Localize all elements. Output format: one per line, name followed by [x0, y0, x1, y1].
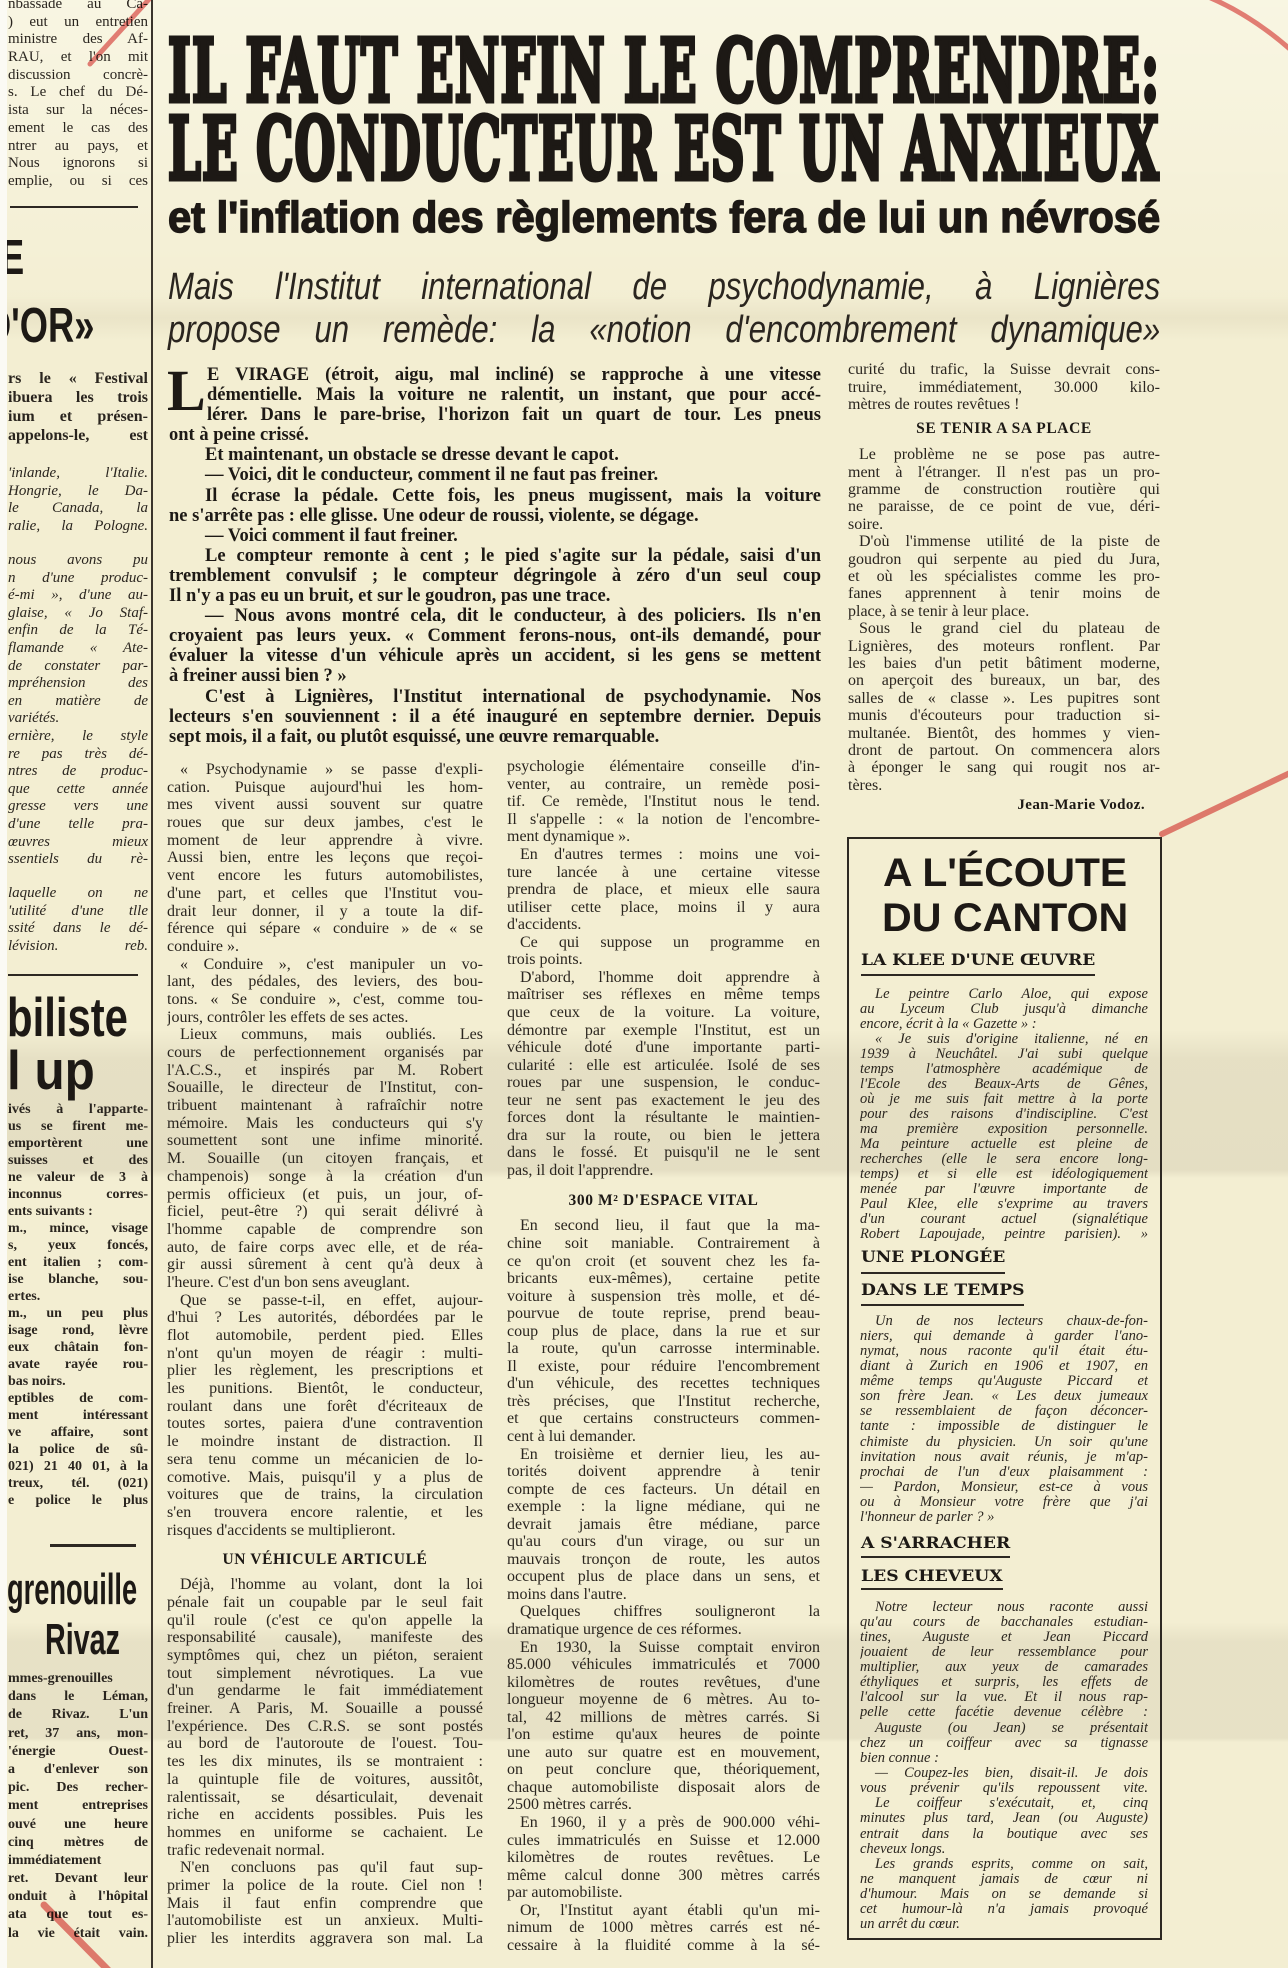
text-line: us se firent me- — [8, 1118, 148, 1135]
text-line: Ce qui suppose un programme en — [507, 934, 820, 952]
text-line: moins dans l'autre. — [507, 1586, 820, 1604]
text-line: emportèrent une — [8, 1135, 148, 1152]
text-line: forces dont la résultante le maintien- — [507, 1109, 820, 1127]
text-line: d'un courant actuel (signalétique — [860, 1212, 1148, 1227]
text-line: s, yeux foncés, — [8, 1237, 148, 1254]
text-line: ibuera les trois — [8, 388, 148, 407]
text-line: ent italien ; com- — [8, 1254, 148, 1271]
text-line: munis d'écouteurs pour traduction si- — [848, 707, 1160, 724]
text-line: En second lieu, il faut que la ma- — [507, 1217, 820, 1235]
text-line: n'ont qu'un moyen de réagir : multi- — [167, 1345, 483, 1363]
text-line: cules immatriculés en Suisse et 12.000 — [507, 1832, 820, 1850]
festival-countries-fragment: 'inlande, l'Italie.Hongrie, le Da-le Can… — [8, 465, 148, 535]
text-line: cheveux longs. — [860, 1842, 1148, 1857]
text-line: Souaille, le directeur de l'Institut, co… — [167, 1079, 483, 1097]
section-heading: 300 M² D'ESPACE VITAL — [507, 1179, 820, 1217]
text-line: ve affaire, sont — [8, 1424, 148, 1441]
text-line: En d'autres termes : moins une voi- — [507, 846, 820, 864]
text-line: drait leur donner, il y a toute la dif- — [167, 903, 483, 921]
text-line: cours de perfectionnement organisés par — [167, 1044, 483, 1062]
text-line: Il existe, pour réduire l'encombrement — [507, 1358, 820, 1376]
text-line: re pas très dé- — [8, 746, 148, 764]
red-pencil-stroke — [1206, 0, 1288, 50]
festival-lead-fragment: rs le « Festivalibuera les troisium et p… — [8, 369, 148, 445]
body-column-right: curité du trafic, la Suisse devrait cons… — [848, 361, 1160, 816]
red-pencil-stroke — [1162, 772, 1288, 834]
text-line: véhicule doté d'une importante parti- — [507, 1039, 820, 1057]
text-line: de Rivaz. L'un — [8, 1706, 148, 1724]
text-line: minutes plus tard, Jean (ou Auguste) — [860, 1811, 1148, 1826]
text-line: hommes en uniforme se cachaient. Le — [167, 1824, 483, 1842]
text-line: Sous le grand ciel du plateau de — [848, 620, 1160, 637]
text-line: inconnus corres- — [8, 1186, 148, 1203]
text-line: multanée. Bientôt, des hommes y vien- — [848, 725, 1160, 742]
text-line: nimum de 1000 mètres carrés est né- — [507, 1919, 820, 1937]
text-line: sept mois, il a fait, ou plutôt esquissé… — [169, 727, 821, 747]
text-line: à éponger le sang qui rougit nos ar- — [848, 759, 1160, 776]
newspaper-page: nbassade au Ca-) eut un entretienministr… — [0, 0, 1288, 1968]
text-line: l'honneur de parler ? » — [860, 1510, 1148, 1525]
text-line: auto, de faire corps avec elle, et de ré… — [167, 1239, 483, 1257]
text-line: freiner. A Paris, M. Souaille a poussé — [167, 1700, 483, 1718]
text-line: — Voici comment il faut freiner. — [169, 526, 821, 546]
text-line: curité du trafic, la Suisse devrait cons… — [848, 361, 1160, 378]
text-line: la vie était vain. — [8, 1925, 148, 1943]
text-line: jouaient de leur ressemblance pour — [860, 1645, 1148, 1660]
text-line: glaise, « Jo Staf- — [8, 605, 148, 623]
text-line: ernière, le style — [8, 728, 148, 746]
text-line: pénale fait un coupable par le seul fait — [167, 1594, 483, 1612]
text-line: que cette année — [8, 781, 148, 799]
text-line: d'une part, et celles que l'Institut vou… — [167, 885, 483, 903]
text-line: très précises, que l'Institut recherche, — [507, 1393, 820, 1411]
text-line: 85.000 véhicules immatriculés et 7000 — [507, 1656, 820, 1674]
text-line: gresse vers une — [8, 798, 148, 816]
text-line: 'utilité d'une tlle — [8, 903, 148, 921]
sidebar-section-heading: UNE PLONGÉE — [861, 1249, 1005, 1274]
text-line: gramme de construction routière qui — [848, 481, 1160, 498]
drowning-headline-fragment-1: grenouille — [7, 1568, 137, 1612]
text-line: En troisième et dernier lieu, les au- — [507, 1446, 820, 1464]
text-line: soire. — [848, 516, 1160, 533]
text-line: mémoire. Mais les conducteurs qui s'y — [167, 1115, 483, 1133]
text-line: mes vivent aussi souvent sur quatre — [167, 796, 483, 814]
text-line: ) eut un entretien — [8, 14, 148, 32]
text-line: multiplier, aux yeux de camarades — [860, 1660, 1148, 1675]
text-line: Auguste (ou Jean) se présentait — [860, 1721, 1148, 1736]
text-line: au bord de l'autoroute de l'ouest. Tou- — [167, 1735, 483, 1753]
sidebar-section-heading: A S'ARRACHER — [861, 1535, 1010, 1558]
text-line: suisses et des — [8, 1152, 148, 1169]
text-line: immédiatement — [8, 1852, 148, 1870]
text-line: temps) et si elle est idéologiquement — [860, 1167, 1148, 1182]
text-line: l'automobiliste est un anxieux. Multi- — [167, 1912, 483, 1930]
text-line: d'une telle pra- — [8, 816, 148, 834]
text-line: Mais il faut enfin comprendre que — [167, 1895, 483, 1913]
sidebar-section-text: Un de nos lecteurs chaux-de-fon-niers, q… — [860, 1314, 1148, 1526]
text-line: un arrêt du cœur. — [860, 1917, 1148, 1932]
text-line: cation. Puisque aujourd'hui les hom- — [167, 779, 483, 797]
text-line: Les grands esprits, comme on sait, — [860, 1857, 1148, 1872]
text-line: discussion concrè- — [8, 67, 148, 85]
text-line: le moindre instant de distraction. Il — [167, 1433, 483, 1451]
text-line: tères. — [848, 777, 1160, 794]
text-line: entrait dans la boutique avec ses — [860, 1827, 1148, 1842]
text-line: se ressemblaient de façon déconcer- — [860, 1404, 1148, 1419]
text-line: vous prévenir qu'ils repoussent vite. — [860, 1781, 1148, 1796]
text-line: Nous ignorons si — [8, 155, 148, 173]
text-line: ouvé une heure — [8, 1816, 148, 1834]
text-line: chimiste du physicien. Un soir qu'une — [860, 1435, 1148, 1450]
text-line: ment dynamique ». — [507, 828, 820, 846]
text-line: encore, écrit à la « Gazette » : — [860, 1017, 1148, 1032]
text-line: Un de nos lecteurs chaux-de-fon- — [860, 1314, 1148, 1329]
text-line: Le compteur remonte à cent ; le pied s'a… — [169, 546, 821, 566]
text-line: même calcul donne 300 mètres carrés — [507, 1867, 820, 1885]
text-line: au Lyceum Club jusqu'à dimanche — [860, 1002, 1148, 1017]
text-line: emplie, ou si ces — [8, 173, 148, 191]
text-line: et où les spécialistes comme les pro- — [848, 568, 1160, 585]
text-line: vent encore les futurs automobilistes, — [167, 867, 483, 885]
text-line: démontre par exemple l'Institut, est un — [507, 1022, 820, 1040]
text-line: coup plus de place, dans la rue et sur — [507, 1323, 820, 1341]
text-line: l'homme capable de comprendre son — [167, 1221, 483, 1239]
text-line: laquelle on ne — [8, 885, 148, 903]
text-line: flamande « Ate- — [8, 640, 148, 658]
text-line: ret. Devant leur — [8, 1870, 148, 1888]
text-line: 'inlande, l'Italie. — [8, 465, 148, 483]
text-line: l'alcool sur la vue. Et il nous rap- — [860, 1690, 1148, 1705]
text-line: kilomètres de routes revêtues. Le — [507, 1849, 820, 1867]
text-line: maîtriser ses réflexes en même temps — [507, 986, 820, 1004]
crime-body-fragment: ivés à l'apparte-us se firent me-emportè… — [8, 1101, 148, 1509]
text-line: invitation nous avait réunis, je m'ap- — [860, 1450, 1148, 1465]
text-line: comotive. Mais, puisqu'il y a plus de — [167, 1469, 483, 1487]
lead-paragraph: E VIRAGE (étroit, aigu, mal incliné) se … — [169, 365, 821, 747]
text-line: croyaient pas leurs yeux. « Comment fero… — [169, 626, 821, 646]
text-line: n d'une produc- — [8, 570, 148, 588]
text-line: Or, l'Institut ayant établi qu'un mi- — [507, 1902, 820, 1920]
text-line: ce qu'on croit (et souvent chez les fa- — [507, 1253, 820, 1271]
text-line: diant à Zurich en 1906 et 1907, en — [860, 1359, 1148, 1374]
text-line: RAU, et l'on mit — [8, 49, 148, 67]
text-line: sera tenu comme un mécanicien de lo- — [167, 1451, 483, 1469]
festival-headline-fragment-2: D'OR» — [0, 302, 94, 351]
text-line: mauvais tronçon de route, les autos — [507, 1551, 820, 1569]
text-line: ministre des Af- — [8, 31, 148, 49]
body-column-b: psychologie élémentaire conseille d'in-v… — [507, 758, 820, 1954]
text-line: rs le « Festival — [8, 369, 148, 388]
text-line: éthyliques et surpris, les effets de — [860, 1675, 1148, 1690]
text-line: nbassade au Ca- — [8, 0, 148, 14]
sidebar-section-heading: DANS LE TEMPS — [861, 1282, 1024, 1306]
text-line: « Conduire », c'est manipuler un vo- — [167, 956, 483, 974]
byline-signature: Jean-Marie Vodoz. — [848, 794, 1160, 816]
text-line: par automobiliste. — [507, 1884, 820, 1902]
text-line: l'on estime qu'aux heures de pointe — [507, 1726, 820, 1744]
text-line: son frère Jean. « Les deux jumeaux — [860, 1389, 1148, 1404]
text-line: Que se passe-t-il, en effet, aujour- — [167, 1292, 483, 1310]
text-line: à freiner aussi bien ? » — [169, 666, 821, 686]
text-line: primer la police de la route. Ciel non ! — [167, 1877, 483, 1895]
text-line: torités doivent apprendre à tenir — [507, 1463, 820, 1481]
text-line: moment de leur apprendre à vivre. — [167, 832, 483, 850]
text-line: soumettent sont une infime minorité. — [167, 1132, 483, 1150]
text-line: champenois) songe à la création d'un — [167, 1168, 483, 1186]
text-line: riche en accidents possibles. Puis les — [167, 1806, 483, 1824]
sidebar-section-heading: LA KLEE D'UNE ŒUVRE — [861, 952, 1095, 976]
text-line: treux, tél. (021) — [8, 1475, 148, 1492]
text-line: ou à Monsieur votre frère que j'ai — [860, 1495, 1148, 1510]
scan-edge-strip — [0, 0, 7, 1968]
text-line: tout simplement névrotiques. La vue — [167, 1665, 483, 1683]
text-line: on peut conclure que, théoriquement, — [507, 1761, 820, 1779]
text-line: Aussi bien, entre les leçons que reçoi- — [167, 849, 483, 867]
text-line: place, à se tenir à leur place. — [848, 603, 1160, 620]
text-line: ne paraisse, de ce point de vue, déri- — [848, 498, 1160, 515]
text-line: et que certains constructeurs commen- — [507, 1410, 820, 1428]
text-line: risques d'accidents se multiplieront. — [167, 1522, 483, 1540]
text-line: tante : impossible de distinguer le — [860, 1419, 1148, 1434]
text-line: l'heure. C'est d'un bon sens aveuglant. — [167, 1274, 483, 1292]
text-line: ment intéressant — [8, 1407, 148, 1424]
text-line: ment entreprises — [8, 1797, 148, 1815]
text-line: prochai de l'un d'eux plaisamment : — [860, 1465, 1148, 1480]
text-line: roulant dans une forêt d'écriteaux de — [167, 1398, 483, 1416]
sidebar-section-text: Le peintre Carlo Aloe, qui exposeau Lyce… — [860, 987, 1148, 1242]
text-line: a d'enlever son — [8, 1761, 148, 1779]
text-line: d'accidents. — [507, 916, 820, 934]
text-line: s'en trouvera encore ralentie, et les — [167, 1504, 483, 1522]
text-line: ise blanche, sou- — [8, 1271, 148, 1288]
text-line: le Canada, la — [8, 500, 148, 518]
text-line: l'A.C.S., et inspirés par M. Robert — [167, 1062, 483, 1080]
text-line: ne manquent jamais de cœur ni — [860, 1872, 1148, 1887]
text-line: e police le plus — [8, 1492, 148, 1509]
text-line: démentielle. Mais la voiture ne ralentit… — [169, 385, 821, 405]
text-line: m., un peu plus — [8, 1305, 148, 1322]
text-line: Le peintre Carlo Aloe, qui expose — [860, 987, 1148, 1002]
text-line: dans le Léman, — [8, 1688, 148, 1706]
text-line: Lieux communs, mais oubliés. Les — [167, 1026, 483, 1044]
drowning-headline-fragment-2: Rivaz — [45, 1618, 120, 1662]
column-divider — [151, 0, 153, 1968]
text-line: E VIRAGE (étroit, aigu, mal incliné) se … — [169, 365, 821, 385]
text-line: N'en concluons pas qu'il faut sup- — [167, 1859, 483, 1877]
text-line: D'où l'immense utilité de la piste de — [848, 533, 1160, 550]
text-line: même temps qu'Auguste Piccard et — [860, 1374, 1148, 1389]
text-line: prendra de place, et mieux elle saura — [507, 881, 820, 899]
text-line: lant, des pédales, des leviers, des bou- — [167, 973, 483, 991]
text-line: férence qui sépare « conduire » de « se — [167, 920, 483, 938]
text-line: devrait jamais être médiane, parce — [507, 1516, 820, 1534]
text-line: nous avons pu — [8, 552, 148, 570]
text-line: ivés à l'apparte- — [8, 1101, 148, 1118]
text-line: en matière de — [8, 693, 148, 711]
text-line: roues par une suspension, le conduc- — [507, 1074, 820, 1092]
text-line: Lignières, des moteurs ronflent. Par — [848, 638, 1160, 655]
text-line: ssité dans le dé- — [8, 920, 148, 938]
text-line: plier les règlement, les prescriptions e… — [167, 1362, 483, 1380]
text-line: temps l'atmosphère académique de — [860, 1062, 1148, 1077]
text-line: 'énergie Ouest- — [8, 1743, 148, 1761]
text-line: que ceux de la voiture. La voiture, — [507, 1004, 820, 1022]
text-line: En 1960, il y a près de 900.000 véhi- — [507, 1814, 820, 1832]
text-line: ium et présen- — [8, 407, 148, 426]
text-line: symptômes qui, chez un piéton, seraient — [167, 1647, 483, 1665]
text-line: pas, il doit l'apprendre. — [507, 1162, 820, 1180]
text-line: eptibles de com- — [8, 1390, 148, 1407]
text-line: jours, contrôler les effets de ses actes… — [167, 1009, 483, 1027]
text-line: la route, qu'un carrosse interminable. — [507, 1340, 820, 1358]
text-line: recherches (elle le sera encore long- — [860, 1152, 1148, 1167]
text-line: é-mi », d'une au- — [8, 587, 148, 605]
text-line: ment à l'étranger. Il n'est pas un pro- — [848, 464, 1160, 481]
festival-body-fragment: nous avons pun d'une produc-é-mi », d'un… — [8, 552, 148, 869]
text-line: Paul Klee, elle s'exprime au travers — [860, 1197, 1148, 1212]
deck-line-2: propose un remède: la «notion d'encombre… — [168, 311, 1160, 349]
text-line: cularité : elle est articulée. Isolé de … — [507, 1057, 820, 1075]
section-heading: UN VÉHICULE ARTICULÉ — [167, 1539, 483, 1576]
text-line: plier les interdits aggravera son mal. L… — [167, 1930, 483, 1948]
text-line: Il s'appelle : « la notion de l'encombre… — [507, 811, 820, 829]
text-line: mpréhension des — [8, 675, 148, 693]
text-line: qu'au cours de bacchanales estudian- — [860, 1615, 1148, 1630]
text-line: « Je suis d'origine italienne, né en — [860, 1032, 1148, 1047]
left-top-fragment: nbassade au Ca-) eut un entretienministr… — [8, 0, 148, 191]
text-line: d'humour. Mais on se demande si — [860, 1887, 1148, 1902]
text-line: dra sur la route, ou bien le jettera — [507, 1127, 820, 1145]
text-line: psychologie élémentaire conseille d'in- — [507, 758, 820, 776]
text-line: menée par l'œuvre importante de — [860, 1182, 1148, 1197]
text-line: isage rond, lèvre — [8, 1322, 148, 1339]
text-line: bas noirs. — [8, 1373, 148, 1390]
text-line: occupent plus de place dans un sens, et — [507, 1568, 820, 1586]
text-line: m., mince, visage — [8, 1220, 148, 1237]
text-line: ntrer au pays, et — [8, 138, 148, 156]
text-line: venter, au contraire, un remède posi- — [507, 776, 820, 794]
text-line: « Psychodynamie » se passe d'expli- — [167, 761, 483, 779]
text-line: ret, 37 ans, mon- — [8, 1725, 148, 1743]
text-line: longueur moyenne de 6 mètres. Au to- — [507, 1691, 820, 1709]
text-line: — Nous avons montré cela, dit le conduct… — [169, 606, 821, 626]
text-line: — Pardon, Monsieur, est-ce à vous — [860, 1480, 1148, 1495]
text-line: roues que sur deux jambes, c'est le — [167, 814, 483, 832]
subheadline: et l'inflation des règlements fera de lu… — [168, 196, 1160, 240]
text-line: trois points. — [507, 951, 820, 969]
text-line: évaluer la vitesse d'un véhicule après u… — [169, 646, 821, 666]
text-line: dront de partout. On commencera alors — [848, 742, 1160, 759]
text-line: ista sur la néces- — [8, 102, 148, 120]
text-line: — Coupez-les bien, disait-il. Je dois — [860, 1766, 1148, 1781]
text-line: 1939 à Neuchâtel. J'ai subi quelque — [860, 1047, 1148, 1062]
text-line: cent à lui demander. — [507, 1428, 820, 1446]
text-line: — Voici, dit le conducteur, comment il n… — [169, 465, 821, 485]
text-line: chez un coiffeur avec sa tignasse — [860, 1736, 1148, 1751]
text-line: ma première exposition personnelle. — [860, 1122, 1148, 1137]
text-line: goudron qui serpente au pied du Jura, — [848, 551, 1160, 568]
column-rule — [10, 206, 138, 208]
text-line: nymat, nous raconte qu'il était étu- — [860, 1344, 1148, 1359]
text-line: pic. Des recher- — [8, 1779, 148, 1797]
text-line: de constater par- — [8, 658, 148, 676]
text-line: on aperçoit des bureaux, un bar, des — [848, 672, 1160, 689]
text-line: l'Ecole des Beaux-Arts de Gênes, — [860, 1077, 1148, 1092]
text-line: ement le cas des — [8, 120, 148, 138]
drowning-body-fragment: mmes-grenouillesdans le Léman,de Rivaz. … — [8, 1670, 148, 1943]
text-line: une auto sur quatre est en mouvement, — [507, 1744, 820, 1762]
text-line: voiture à suspension très molle, et dé- — [507, 1288, 820, 1306]
text-line: flot automobile, perdent pied. Elles — [167, 1327, 483, 1345]
text-line: ata que tout es- — [8, 1906, 148, 1924]
text-line: lecteurs s'en souviennent : il a été ina… — [169, 707, 821, 727]
text-line: salles de « classe ». Les pupitres sont — [848, 690, 1160, 707]
text-line: lérer. Dans le pare-brise, l'horizon fai… — [169, 405, 821, 425]
text-line: permis officieux (et puis, un jour, of- — [167, 1186, 483, 1204]
text-line: Il écrase la pédale. Cette fois, les pne… — [169, 486, 821, 506]
text-line: chaque automobiliste disposait alors de — [507, 1779, 820, 1797]
text-line: ertes. — [8, 1288, 148, 1305]
column-rule — [50, 1544, 136, 1547]
text-line: utiliser cette place, moins il y aura — [507, 899, 820, 917]
text-line: ne s'arrête pas : elle glisse. Une odeur… — [169, 506, 821, 526]
text-line: tes les dix minutes, ils se montraient : — [167, 1753, 483, 1771]
text-line: trafic redevenait normal. — [167, 1842, 483, 1860]
text-line: les baies d'un petit bâtiment moderne, — [848, 655, 1160, 672]
text-line: voitures que de trains, la circulation — [167, 1486, 483, 1504]
section-heading: SE TENIR A SA PLACE — [848, 413, 1160, 446]
text-line: ont à peine crissé. — [169, 425, 821, 445]
text-line: Il n'y a pas eu un bruit, et sur le goud… — [169, 586, 821, 606]
text-line: cet humour-là n'a jamais provoqué — [860, 1902, 1148, 1917]
text-line: qu'au cours d'un virage, ou sur un — [507, 1533, 820, 1551]
text-line: bien connue : — [860, 1751, 1148, 1766]
text-line: ficiel, peut-être ?) qui serait délivré … — [167, 1203, 483, 1221]
sidebar-title-line-2: DU CANTON — [882, 898, 1128, 938]
text-line: l'expérience. Des C.R.S. se sont postés — [167, 1718, 483, 1736]
text-line: conduire ». — [167, 938, 483, 956]
text-line: Déjà, l'homme au volant, dont la loi — [167, 1576, 483, 1594]
text-line: Ma peinture actuelle est pleine de — [860, 1137, 1148, 1152]
text-line: la police de sû- — [8, 1441, 148, 1458]
text-line: Quelques chiffres souligneront la — [507, 1603, 820, 1621]
text-line: tal, 42 millions de mètres carrés. Si — [507, 1709, 820, 1727]
text-line: qu'il roule (c'est ce qu'on appelle la — [167, 1612, 483, 1630]
text-line: bricants eux-mêmes), certaine petite — [507, 1270, 820, 1288]
text-line: tremblement convulsif ; le compteur dégr… — [169, 566, 821, 586]
text-line: ents suivants : — [8, 1203, 148, 1220]
crime-headline-fragment-2: l up — [7, 1043, 95, 1098]
sidebar-section-heading: LES CHEVEUX — [861, 1568, 1003, 1590]
text-line: cessaire à la fluidité comme à la sé- — [507, 1937, 820, 1955]
text-line: s. Le chef du Dé- — [8, 84, 148, 102]
text-line: Notre lecteur nous raconte aussi — [860, 1600, 1148, 1615]
text-line: tif. Ce remède, l'Institut nous le tend. — [507, 793, 820, 811]
text-line: onduit à l'hôpital — [8, 1888, 148, 1906]
text-line: ralentissait, se désarticulait, devenait — [167, 1789, 483, 1807]
text-line: les punitions. Bientôt, le conducteur, — [167, 1380, 483, 1398]
text-line: 2500 mètres carrés. — [507, 1796, 820, 1814]
text-line: tons. « Se conduire », c'est, comme tou- — [167, 991, 483, 1009]
text-line: variétés. — [8, 710, 148, 728]
text-line: appelons-le, est — [8, 426, 148, 445]
text-line: mètres de routes revêtues ! — [848, 396, 1160, 413]
sidebar-section-text: Notre lecteur nous raconte aussiqu'au co… — [860, 1600, 1148, 1933]
column-rule — [8, 974, 138, 976]
festival-end-fragment: laquelle on ne'utilité d'une tllessité d… — [8, 885, 148, 955]
text-line: ralie, la Pologne. — [8, 518, 148, 536]
text-line: cinq mètres de — [8, 1834, 148, 1852]
